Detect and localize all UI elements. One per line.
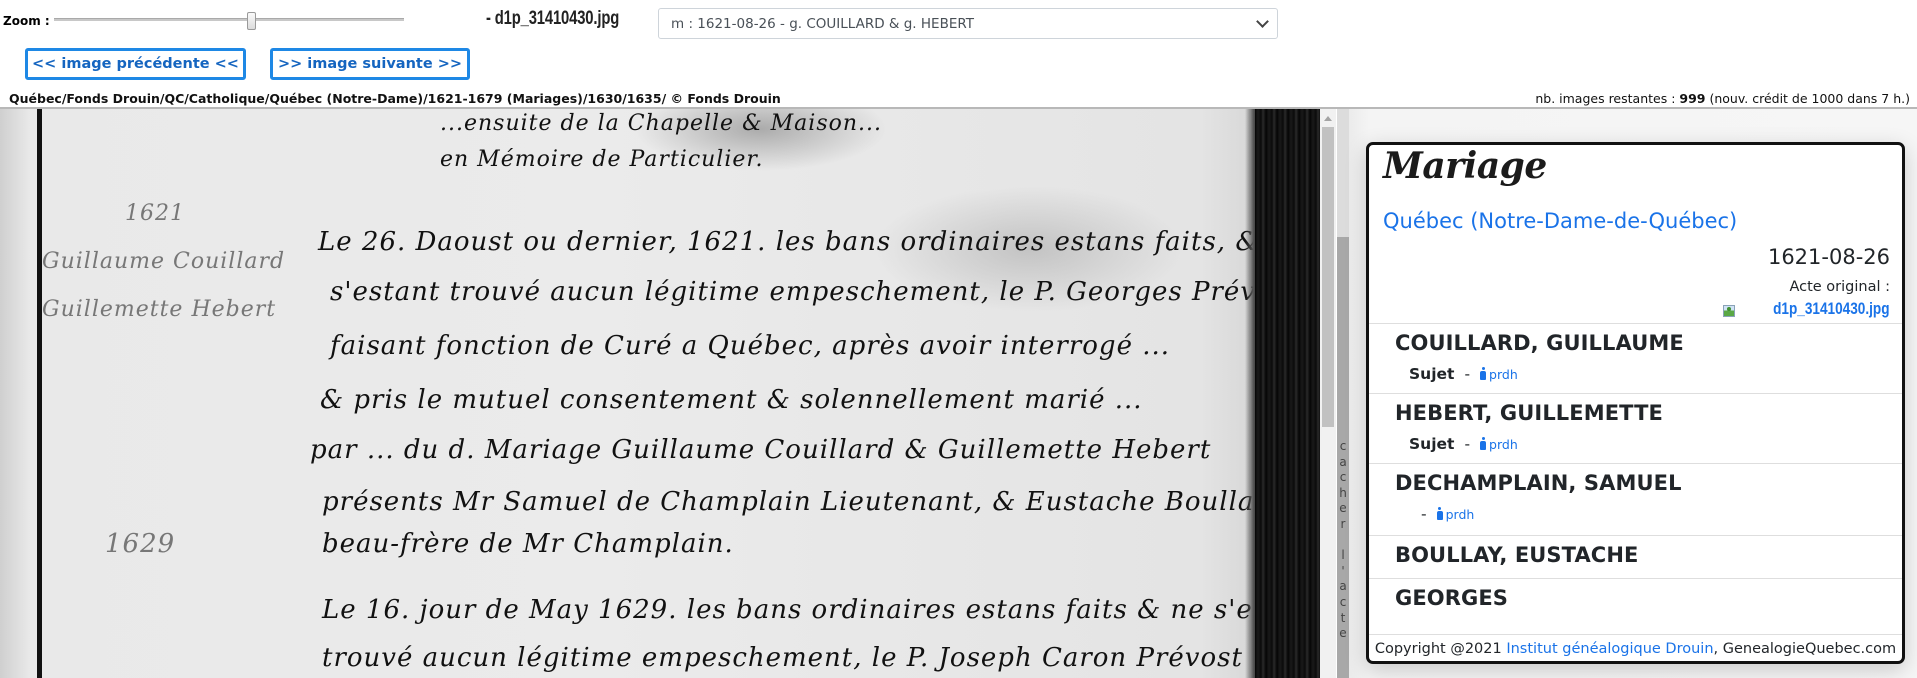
divider (1369, 323, 1902, 324)
zoom-slider-track[interactable] (54, 18, 404, 21)
chevron-down-icon (1256, 15, 1269, 28)
prdh-link-label[interactable]: prdh (1489, 437, 1518, 452)
divider (1369, 634, 1902, 635)
remaining-count: 999 (1679, 91, 1705, 106)
book-binding (1255, 109, 1320, 678)
zoom-control: Zoom : (3, 11, 404, 31)
handwriting-line: s'estant trouvé aucun légitime empeschem… (330, 277, 1298, 307)
image-file-icon[interactable] (1723, 305, 1735, 317)
document-image-viewer[interactable]: 1621 Guillaume Couillard Guillemette Heb… (0, 109, 1320, 678)
viewer-scrollbar[interactable] (1320, 109, 1336, 678)
prdh-link[interactable]: prdh (1480, 367, 1518, 382)
handwriting-line: ...ensuite de la Chapelle & Maison... (440, 111, 882, 136)
margin-note-year-2: 1629 (105, 529, 175, 559)
margin-note-bride: Guillemette Hebert (42, 297, 276, 322)
handwriting-line: en Mémoire de Particulier. (440, 147, 764, 172)
copyright-prefix: Copyright @2021 (1375, 641, 1506, 657)
person-name: HEBERT, GUILLEMETTE (1395, 401, 1663, 425)
page-margin-rule (37, 109, 42, 678)
scrollbar-thumb[interactable] (1322, 127, 1334, 427)
act-select-value: m : 1621-08-26 - g. COUILLARD & g. HEBER… (671, 16, 974, 32)
handwriting-line: trouvé aucun légitime empeschement, le P… (322, 643, 1243, 673)
handwriting-line: présents Mr Samuel de Champlain Lieutena… (322, 487, 1270, 517)
margin-note-year: 1621 (125, 201, 185, 226)
person-name: DECHAMPLAIN, SAMUEL (1395, 471, 1682, 495)
act-date: 1621-08-26 (1768, 245, 1890, 269)
divider (1369, 463, 1902, 464)
handwriting-line: Le 16. jour de May 1629. les bans ordina… (322, 595, 1320, 625)
person-details: Sujet - prdh (1409, 435, 1518, 453)
hide-act-label[interactable]: cacher l'acte (1337, 439, 1349, 642)
separator: - (1464, 435, 1470, 453)
divider (1369, 393, 1902, 394)
original-act-link[interactable]: d1p_31410430.jpg (1723, 299, 1890, 319)
act-card: Mariage Québec (Notre-Dame-de-Québec) 16… (1366, 142, 1905, 664)
register-page-scan: 1621 Guillaume Couillard Guillemette Heb… (0, 109, 1250, 678)
person-role: Sujet (1409, 435, 1454, 453)
remaining-label: nb. images restantes : (1535, 91, 1679, 106)
margin-note-groom: Guillaume Couillard (42, 249, 285, 274)
person-details: Sujet - prdh (1409, 365, 1518, 383)
parish-link[interactable]: Québec (Notre-Dame-de-Québec) (1383, 209, 1737, 233)
act-select-dropdown[interactable]: m : 1621-08-26 - g. COUILLARD & g. HEBER… (658, 8, 1278, 39)
person-name: GEORGES (1395, 586, 1508, 610)
person-role: Sujet (1409, 365, 1454, 383)
separator: - (1464, 365, 1470, 383)
copyright-suffix: , GenealogieQuebec.com (1714, 641, 1897, 657)
zoom-slider-thumb[interactable] (247, 12, 256, 30)
separator: - (1421, 505, 1427, 523)
next-image-button[interactable]: >> image suivante >> (270, 48, 470, 80)
prdh-link-label[interactable]: prdh (1446, 507, 1475, 522)
prdh-link[interactable]: prdh (1480, 437, 1518, 452)
handwriting-line: par ... du d. Mariage Guillaume Couillar… (310, 435, 1211, 465)
handwriting-line: & pris le mutuel consentement & solennel… (320, 385, 1143, 415)
remaining-images-status: nb. images restantes : 999 (nouv. crédit… (1535, 91, 1910, 106)
male-person-icon (1437, 507, 1443, 521)
scroll-up-arrow-icon[interactable] (1324, 116, 1332, 121)
handwriting-line: Le 26. Daoust ou dernier, 1621. les bans… (318, 227, 1303, 257)
zoom-slider[interactable] (54, 11, 404, 31)
credit-note: (nouv. crédit de 1000 dans 7 h.) (1705, 91, 1910, 106)
handwriting-line: faisant fonction de Curé a Québec, après… (330, 331, 1170, 361)
female-person-icon (1480, 437, 1486, 451)
male-person-icon (1480, 367, 1486, 381)
act-type-title: Mariage (1383, 145, 1547, 187)
divider (1369, 535, 1902, 536)
zoom-label: Zoom : (3, 14, 50, 28)
divider (1369, 578, 1902, 579)
image-filename-title: - d1p_31410430.jpg (486, 8, 619, 30)
person-name: COUILLARD, GUILLAUME (1395, 331, 1684, 355)
institut-drouin-link[interactable]: Institut généalogique Drouin (1506, 641, 1713, 657)
original-act-label: Acte original : (1789, 279, 1890, 295)
prdh-link-label[interactable]: prdh (1489, 367, 1518, 382)
hide-act-toggle[interactable]: cacher l'acte (1337, 109, 1349, 678)
person-details: - prdh (1421, 505, 1474, 523)
previous-image-button[interactable]: << image précédente << (25, 48, 246, 80)
prdh-link[interactable]: prdh (1437, 507, 1475, 522)
original-act-filename[interactable]: d1p_31410430.jpg (1774, 299, 1890, 319)
person-name: BOULLAY, EUSTACHE (1395, 543, 1638, 567)
handwriting-line: beau-frère de Mr Champlain. (322, 529, 734, 559)
breadcrumb: Québec/Fonds Drouin/QC/Catholique/Québec… (9, 91, 781, 106)
copyright-footer: Copyright @2021 Institut généalogique Dr… (1369, 641, 1902, 657)
